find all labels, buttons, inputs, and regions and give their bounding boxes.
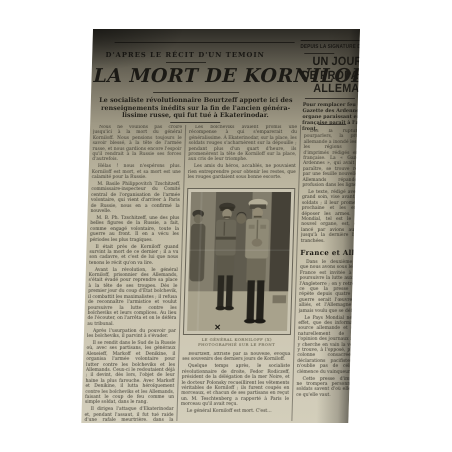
paragraph: Le général Korniloff est mort. C'est… — [181, 409, 289, 414]
side-headline-line: UN JOURNAL — [302, 55, 360, 69]
paragraph: Les bolcheviks avaient promis une récomp… — [188, 125, 297, 163]
side-headline-rule — [305, 98, 355, 99]
photo-image — [187, 192, 291, 331]
middle-column-top: Les bolcheviks avaient promis une récomp… — [187, 125, 297, 187]
photo-backdrop: D'APRES LE RÉCIT D'UN TEMOIN DEPUIS LA S… — [0, 0, 452, 452]
main-kicker: D'APRES LE RÉCIT D'UN TEMOIN — [100, 51, 270, 59]
main-headline: LA MORT DE KORNILOFF — [93, 65, 300, 87]
newspaper-scan: D'APRES LE RÉCIT D'UN TEMOIN DEPUIS LA S… — [81, 29, 360, 423]
photo-x-marker: ✕ — [214, 322, 221, 332]
paragraph: Avant la révolution, le général Kornilof… — [87, 268, 178, 327]
paragraph: Après l'usurpation du pouvoir par les bo… — [87, 329, 176, 340]
paragraph: Quelque temps après, le socialiste révol… — [181, 364, 290, 407]
paragraph: Les amis du héros, accablés, ne pouvaien… — [188, 164, 296, 180]
paragraph: Dès la rupture des pourparlers, la propa… — [302, 129, 360, 188]
side-headline-line: DE PROPAGANDE — [301, 69, 360, 83]
paragraph: Il se rendit dans le Sud de la Russie où… — [85, 341, 176, 406]
photo-caption: LE GÉNÉRAL KORNILOFF (X) PHOTOGRAPHIÉ SU… — [183, 338, 291, 348]
korniloff-photo: ✕ — [183, 188, 295, 335]
paragraph: Il était près de Korniloff quand survint… — [89, 245, 179, 267]
paragraph: Cette presse d'importation ne trompera p… — [296, 377, 360, 399]
side-kicker: DEPUIS LA SIGNATURE DE L'AR — [300, 44, 360, 50]
paragraph: Il dirigea l'attaque d'Ekaterinodar et, … — [84, 407, 173, 421]
paragraph: Le Pays Mondial ne cite, en effet, que d… — [297, 316, 360, 375]
paragraph: M. Basile Philippovitch Tzschitzeff, com… — [90, 182, 180, 214]
left-column: Nous ne voulions pas croire jusqu'ici à … — [84, 125, 182, 421]
side-headline: UN JOURNAL DE PROPAGANDE ALLEMANDE — [301, 55, 360, 96]
paragraph: M. B. Ph. Tzschitzeff, une des plus bell… — [90, 216, 180, 243]
main-subhead: Le socialiste révolutionnaire Bourtzeff … — [94, 97, 297, 120]
side-subhead: Pour remplacer feu « la Gazette des Arde… — [302, 102, 360, 132]
side-kicker-rule-top — [301, 40, 360, 41]
kicker-underline — [166, 62, 206, 63]
paragraph: Le texte, rédigé avec le plus grand soin… — [301, 190, 360, 244]
paragraph: Bourtzeff, attristé par la nouvelle, évo… — [182, 352, 290, 363]
paragraph: Hélas ! nous n'espérons plus. Korniloff … — [92, 164, 181, 180]
right-column: Dès la rupture des pourparlers, la propa… — [295, 129, 360, 421]
paragraph: Nous ne voulions pas croire jusqu'ici à … — [92, 125, 182, 163]
headline-underline — [153, 92, 239, 93]
paragraph: Dans le deuxième numéro que nous avons s… — [299, 260, 360, 314]
middle-column-bottom: Bourtzeff, attristé par la nouvelle, évo… — [180, 352, 290, 422]
subhead-underline — [170, 122, 220, 123]
masthead-rule — [115, 42, 295, 43]
main-subhead-line: lissime russe, qui fut tué à Ekaterinoda… — [94, 112, 296, 120]
photo-caption-line: PHOTOGRAPHIÉ SUR LE FRONT — [183, 343, 291, 348]
side-subhead-rule — [318, 124, 346, 125]
crosshead-france-et-allemagne: France et Allemagne — [300, 248, 360, 257]
side-headline-line: ALLEMANDE — [301, 82, 360, 96]
